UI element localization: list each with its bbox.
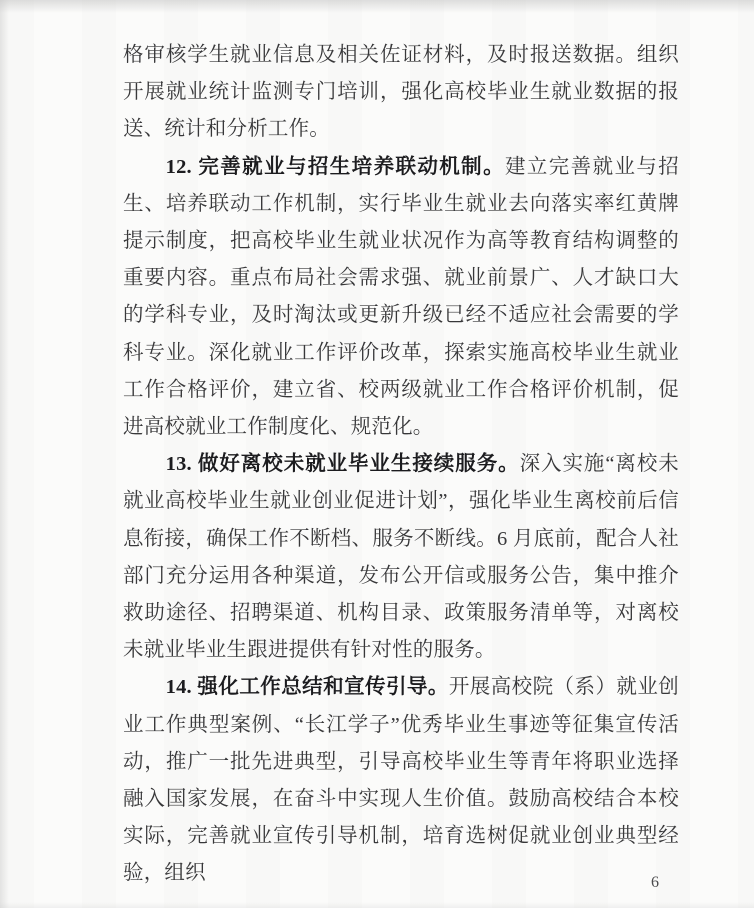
document-body: 格审核学生就业信息及相关佐证材料，及时报送数据。组织开展就业统计监测专门培训，强…: [123, 37, 679, 893]
para-item-12: 12. 完善就业与招生培养联动机制。建立完善就业与招生、培养联动工作机制，实行毕…: [123, 149, 679, 447]
para-item-13: 13. 做好离校未就业毕业生接续服务。深入实施“离校未就业高校毕业生就业创业促进…: [123, 446, 679, 669]
scanned-document-page: 格审核学生就业信息及相关佐证材料，及时报送数据。组织开展就业统计监测专门培训，强…: [0, 0, 754, 908]
para-continuation: 格审核学生就业信息及相关佐证材料，及时报送数据。组织开展就业统计监测专门培训，强…: [123, 37, 679, 149]
paragraph-heading: 13. 做好离校未就业毕业生接续服务。: [166, 453, 520, 475]
scan-edge-left: [0, 0, 9, 908]
scan-edge-bottom: [0, 902, 754, 908]
page-number: 6: [651, 872, 659, 894]
paragraph-heading: 14. 强化工作总结和宣传引导。: [166, 676, 449, 698]
paragraph-heading: 12. 完善就业与招生培养联动机制。: [166, 156, 505, 178]
scan-edge-top: [0, 0, 754, 13]
para-item-14: 14. 强化工作总结和宣传引导。开展高校院（系）就业创业工作典型案例、“长江学子…: [123, 669, 679, 892]
